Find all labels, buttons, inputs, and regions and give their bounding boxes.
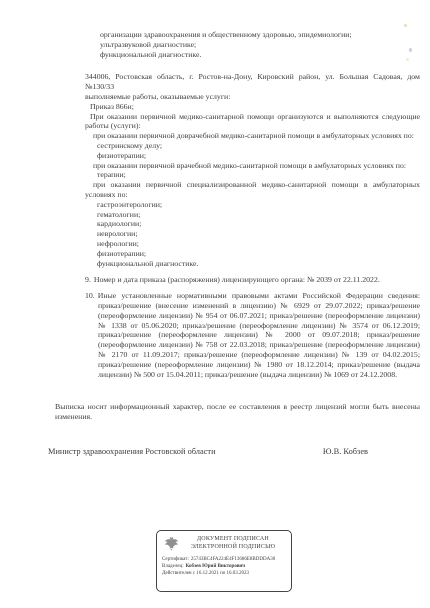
specialized-care-paragraph: при оказании первичной специализированно… bbox=[85, 180, 420, 200]
item-text: Номер и дата приказа (распоряжения) лице… bbox=[94, 275, 380, 284]
item-number: 10. bbox=[85, 291, 95, 300]
stamp-title-line-2: ЭЛЕКТРОННОЙ ПОДПИСЬЮ bbox=[180, 544, 286, 551]
scan-artifact bbox=[404, 24, 407, 27]
service-item: физиотерапии; bbox=[97, 249, 420, 259]
certificate-value: 25743BC4FA224E4F13686E8BDDDA30 bbox=[191, 557, 275, 562]
primary-care-paragraph: При оказании первичной медико-санитарной… bbox=[85, 112, 420, 132]
service-item: терапии; bbox=[97, 170, 420, 180]
owner-label: Владелец: bbox=[162, 564, 184, 569]
electronic-signature-stamp: ДОКУМЕНТ ПОДПИСАН ЭЛЕКТРОННОЙ ПОДПИСЬЮ С… bbox=[156, 530, 292, 592]
signature-block: Министр здравоохранения Ростовской облас… bbox=[48, 446, 420, 457]
services-continuation-list: организации здравоохранения и общественн… bbox=[100, 30, 420, 59]
service-item: кардиологии; bbox=[97, 219, 420, 229]
doctor-care-paragraph: при оказании первичной врачебной медико-… bbox=[85, 161, 420, 171]
validity-line: Действителен с 16.12.2021 по 16.03.2023 bbox=[162, 570, 286, 577]
owner-line: Владелец:Кобзев Юрий Викторович bbox=[162, 563, 286, 570]
stamp-details: Сертификат:25743BC4FA224E4F13686E8BDDDA3… bbox=[162, 556, 286, 578]
service-item: функциональной диагностике. bbox=[97, 259, 420, 269]
order-reference: Приказ 866н; bbox=[85, 102, 420, 112]
prehospital-care-paragraph: при оказании первичной доврачебной медик… bbox=[85, 131, 420, 141]
service-item: гастроэнтерологии; bbox=[97, 200, 420, 210]
item-10-other-info: 10.Иные установленные нормативными право… bbox=[85, 291, 420, 379]
double-headed-eagle-icon bbox=[163, 535, 180, 552]
service-line: функциональной диагностике. bbox=[100, 50, 420, 60]
works-label: выполняемые работы, оказываемые услуги: bbox=[85, 92, 420, 102]
certificate-line: Сертификат:25743BC4FA224E4F13686E8BDDDA3… bbox=[162, 556, 286, 563]
certificate-label: Сертификат: bbox=[162, 557, 189, 562]
service-item: нефрологии; bbox=[97, 239, 420, 249]
document-page: организации здравоохранения и общественн… bbox=[0, 0, 430, 608]
service-item: неврологии; bbox=[97, 229, 420, 239]
item-text: Иные установленные нормативными правовым… bbox=[98, 291, 420, 378]
service-line: ультразвуковой диагностике; bbox=[100, 40, 420, 50]
stamp-title-line-1: ДОКУМЕНТ ПОДПИСАН bbox=[180, 536, 286, 543]
service-item: сестринскому делу; bbox=[97, 141, 420, 151]
signatory-position: Министр здравоохранения Ростовской облас… bbox=[48, 446, 238, 457]
stamp-title: ДОКУМЕНТ ПОДПИСАН ЭЛЕКТРОННОЙ ПОДПИСЬЮ bbox=[180, 536, 286, 551]
document-body: организации здравоохранения и общественн… bbox=[85, 30, 420, 457]
owner-value: Кобзев Юрий Викторович bbox=[186, 564, 246, 569]
scan-artifact bbox=[406, 58, 409, 61]
informational-note: Выписка носит информационный характер, п… bbox=[55, 402, 420, 422]
item-9-order-number: 9.Номер и дата приказа (распоряжения) ли… bbox=[85, 275, 420, 285]
signatory-name: Ю.В. Кобзев bbox=[323, 447, 368, 457]
item-number: 9. bbox=[85, 275, 91, 284]
service-item: физиотерапии; bbox=[97, 151, 420, 161]
scan-artifact bbox=[409, 48, 412, 52]
service-item: гематологии; bbox=[97, 210, 420, 220]
license-address: 344006, Ростовская область, г. Ростов-на… bbox=[85, 72, 420, 92]
address-and-works-block: 344006, Ростовская область, г. Ростов-на… bbox=[85, 72, 420, 268]
service-line: организации здравоохранения и общественн… bbox=[100, 30, 420, 40]
stamp-header: ДОКУМЕНТ ПОДПИСАН ЭЛЕКТРОННОЙ ПОДПИСЬЮ bbox=[162, 535, 286, 552]
